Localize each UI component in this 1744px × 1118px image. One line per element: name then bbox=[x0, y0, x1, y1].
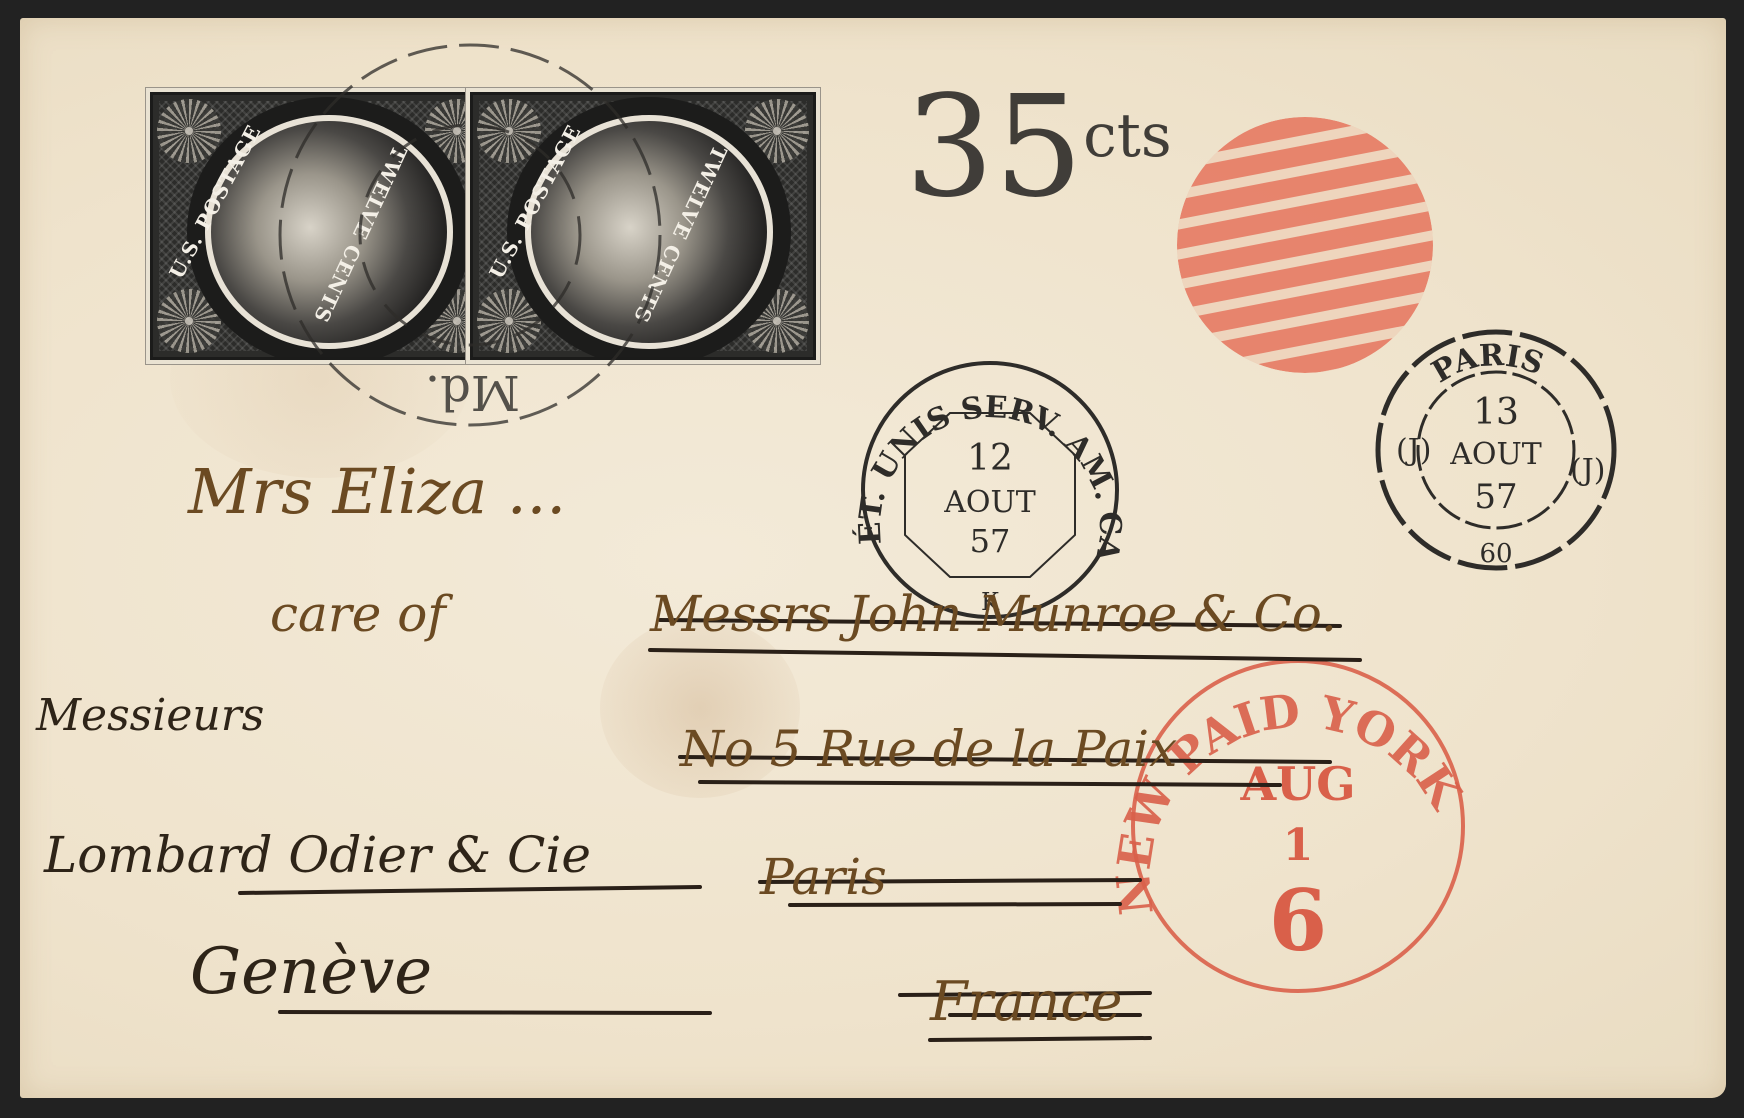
paris-day: 13 bbox=[1473, 392, 1519, 433]
new-york-rate: 6 bbox=[1269, 871, 1327, 970]
origin-postmark-state: Md. bbox=[425, 364, 520, 420]
address-struck-street: No 5 Rue de la Paix bbox=[680, 720, 1177, 778]
paris-bottom: 60 bbox=[1479, 539, 1512, 569]
paris-month: AOUT bbox=[1449, 437, 1542, 472]
redirect-city: Genève bbox=[190, 935, 432, 1009]
address-struck-agent: Messrs John Munroe & Co. bbox=[650, 585, 1337, 643]
redirect-bank: Lombard Odier & Cie bbox=[44, 826, 591, 884]
transit-month: AOUT bbox=[943, 485, 1036, 520]
transit-day: 12 bbox=[967, 438, 1013, 479]
paris-year: 57 bbox=[1474, 477, 1517, 517]
transit-year: 57 bbox=[970, 522, 1011, 560]
address-struck-country: France bbox=[930, 970, 1122, 1033]
redirect-messieurs: Messieurs bbox=[36, 690, 264, 741]
rate-handstamp: 35cts bbox=[905, 78, 1172, 218]
paris-side-mark: (J) bbox=[1396, 433, 1431, 468]
new-york-day: 1 bbox=[1283, 820, 1314, 871]
address-line-1: Mrs Eliza ... bbox=[188, 455, 566, 528]
address-struck-city: Paris bbox=[760, 848, 887, 906]
paris-side-mark: (J) bbox=[1570, 453, 1605, 488]
address-care-of: care of bbox=[270, 585, 446, 643]
